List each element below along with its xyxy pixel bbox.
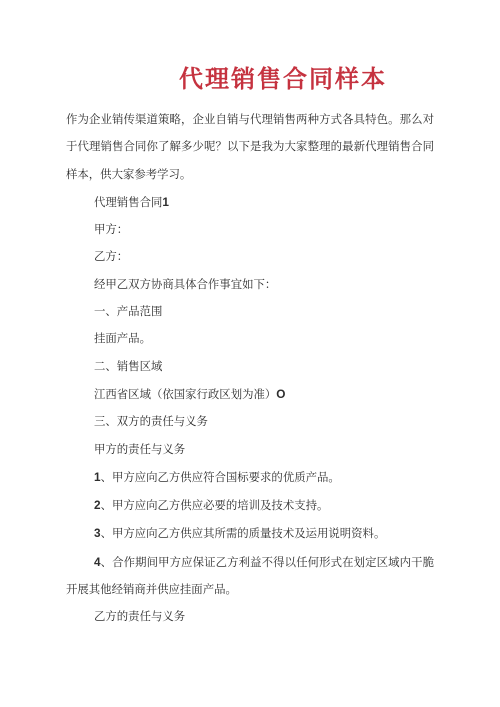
paragraph: 1、甲方应向乙方供应符合国标要求的优质产品。 bbox=[66, 464, 434, 492]
bold-suffix: O bbox=[276, 387, 285, 401]
paragraph-text: 作为企业销传渠道策略，企业自销与代理销售两种方式各具特色。那么对于代理销售合同你… bbox=[66, 114, 434, 181]
paragraph: 作为企业销传渠道策略，企业自销与代理销售两种方式各具特色。那么对于代理销售合同你… bbox=[66, 107, 434, 189]
document-title: 代理销售合同样本 bbox=[33, 0, 500, 98]
paragraph-text: 甲方： bbox=[94, 224, 128, 236]
paragraph: 2、甲方应向乙方供应必要的培训及技术支持。 bbox=[66, 492, 434, 520]
paragraph: 二、销售区域 bbox=[66, 354, 434, 381]
paragraph: 乙方的责任与义务 bbox=[66, 604, 434, 631]
paragraph: 挂面产品。 bbox=[66, 326, 434, 353]
paragraph-text: 挂面产品。 bbox=[94, 333, 151, 345]
paragraph-text: 经甲乙双方协商具体合作事宜如下： bbox=[94, 279, 276, 291]
paragraph: 代理销售合同1 bbox=[66, 189, 434, 217]
paragraph-text: 江西省区域（依国家行政区划为准） bbox=[94, 389, 276, 401]
paragraph: 甲方： bbox=[66, 217, 434, 244]
document-body: 作为企业销传渠道策略，企业自销与代理销售两种方式各具特色。那么对于代理销售合同你… bbox=[66, 107, 434, 632]
document-page: 代理销售合同样本 作为企业销传渠道策略，企业自销与代理销售两种方式各具特色。那么… bbox=[0, 0, 500, 707]
paragraph-text: 、甲方应向乙方供应必要的培训及技术支持。 bbox=[101, 500, 329, 512]
paragraph: 3、甲方应向乙方供应其所需的质量技术及运用说明资料。 bbox=[66, 520, 434, 548]
paragraph: 4、合作期间甲方应保证乙方利益不得以任何形式在划定区域内干脆开展其他经销商并供应… bbox=[66, 549, 434, 605]
paragraph-text: 三、双方的责任与义务 bbox=[94, 416, 208, 428]
paragraph-text: 二、销售区域 bbox=[94, 361, 162, 373]
paragraph-text: 乙方： bbox=[94, 251, 128, 263]
paragraph-text: 、甲方应向乙方供应其所需的质量技术及运用说明资料。 bbox=[101, 528, 386, 540]
paragraph-text: 、合作期间甲方应保证乙方利益不得以任何形式在划定区域内干脆开展其他经销商并供应挂… bbox=[66, 557, 434, 596]
paragraph-text: 乙方的责任与义务 bbox=[94, 611, 185, 623]
paragraph: 经甲乙双方协商具体合作事宜如下： bbox=[66, 272, 434, 299]
paragraph-text: 甲方的责任与义务 bbox=[94, 444, 185, 456]
paragraph: 江西省区域（依国家行政区划为准）O bbox=[66, 381, 434, 409]
paragraph: 一、产品范围 bbox=[66, 299, 434, 326]
paragraph: 乙方： bbox=[66, 244, 434, 271]
paragraph-text: 、甲方应向乙方供应符合国标要求的优质产品。 bbox=[101, 472, 340, 484]
paragraph-text: 一、产品范围 bbox=[94, 306, 162, 318]
bold-suffix: 1 bbox=[162, 195, 169, 209]
paragraph: 三、双方的责任与义务 bbox=[66, 409, 434, 436]
paragraph-text: 代理销售合同 bbox=[94, 197, 162, 209]
paragraph: 甲方的责任与义务 bbox=[66, 437, 434, 464]
